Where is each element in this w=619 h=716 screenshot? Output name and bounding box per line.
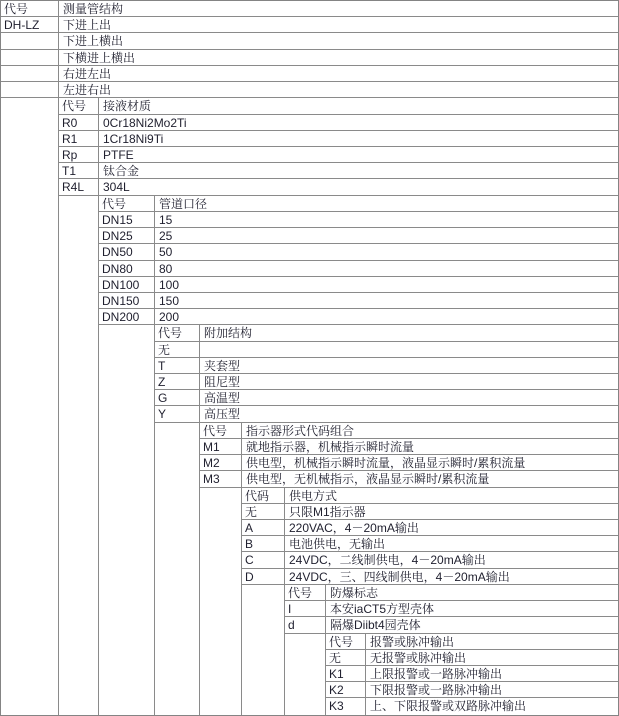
code-cell: K3	[326, 698, 366, 714]
value-cell: 下限报警或一路脉冲输出	[366, 682, 618, 698]
code-cell: R1	[59, 131, 99, 147]
code-cell	[1, 82, 59, 98]
value-cell: 本安iaCT5方型壳体	[326, 601, 618, 617]
section-header-row-alarm-pulse-output: 代号报警或脉冲输出	[326, 634, 618, 650]
code-cell: I	[285, 601, 326, 617]
value-cell: 下进上出	[59, 17, 618, 33]
value-cell: 25	[155, 228, 618, 244]
section-header-row-indicator-form: 代号指示器形式代码组合	[200, 423, 618, 439]
option-row-tube-structure-2: 下横进上横出	[1, 50, 618, 66]
value-cell: 左进右出	[59, 82, 618, 98]
value-cell: 下横进上横出	[59, 50, 618, 66]
code-cell: R4L	[59, 179, 99, 195]
code-cell	[1, 33, 59, 49]
option-row-indicator-form-0: M1就地指示器，机械指示瞬时流量	[200, 439, 618, 455]
nest-row: 代号接液材质R00Cr18Ni2Mo2TiR11Cr18Ni9TiRpPTFET…	[1, 98, 618, 715]
code-header-cell: 代号	[326, 634, 366, 650]
value-cell: 150	[155, 293, 618, 309]
value-cell: 200	[155, 309, 618, 325]
section-header-row-explosion-proof-mark: 代号防爆标志	[285, 585, 618, 601]
section-wetted-material: 代号接液材质R00Cr18Ni2Mo2TiR11Cr18Ni9TiRpPTFET…	[59, 98, 618, 715]
option-row-wetted-material-2: RpPTFE	[59, 147, 618, 163]
code-cell: 无	[242, 504, 285, 520]
model-selection-page: 代号测量管结构DH-LZ下进上出下进上横出下横进上横出右进左出左进右出代号接液材…	[0, 0, 619, 716]
section-title-cell: 测量管结构	[59, 1, 618, 17]
nested-table: 代号防爆标志I本安iaCT5方型壳体d隔爆Diibt4园壳体代号报警或脉冲输出无…	[285, 585, 618, 715]
code-cell	[1, 50, 59, 66]
code-cell: C	[242, 552, 285, 568]
option-row-alarm-pulse-output-0: 无无报警或脉冲输出	[326, 650, 618, 666]
code-cell: 无	[155, 342, 200, 358]
option-row-wetted-material-3: T1钛合金	[59, 163, 618, 179]
nested-table: 代号附加结构无T夹套型Z阻尼型G高温型Y高压型代号指示器形式代码组合M1就地指示…	[155, 325, 618, 715]
empty-code-column	[1, 98, 59, 715]
option-row-tube-structure-3: 右进左出	[1, 66, 618, 82]
value-cell: 24VDC，三、四线制供电，4－20mA输出	[285, 569, 618, 585]
code-cell: Z	[155, 374, 200, 390]
nest-row: 代号指示器形式代码组合M1就地指示器，机械指示瞬时流量M2供电型，机械指示瞬时流…	[155, 423, 618, 715]
value-cell: 电池供电，无输出	[285, 536, 618, 552]
section-title-cell: 指示器形式代码组合	[242, 423, 618, 439]
code-cell: B	[242, 536, 285, 552]
code-cell: DN200	[99, 309, 155, 325]
value-cell: 就地指示器，机械指示瞬时流量	[242, 439, 618, 455]
code-cell	[1, 66, 59, 82]
value-cell: 只限M1指示器	[285, 504, 618, 520]
code-header-cell: 代号	[200, 423, 242, 439]
value-cell	[200, 342, 618, 358]
section-header-row-pipe-diameter: 代号管道口径	[99, 196, 618, 212]
option-row-additional-structure-2: Z阻尼型	[155, 374, 618, 390]
value-cell: 隔爆Diibt4园壳体	[326, 617, 618, 633]
code-cell: 无	[326, 650, 366, 666]
code-cell: DN50	[99, 244, 155, 260]
value-cell: 下进上横出	[59, 33, 618, 49]
code-header-cell: 代号	[99, 196, 155, 212]
option-row-power-supply-1: A220VAC，4－20mA输出	[242, 520, 618, 536]
value-cell: 1Cr18Ni9Ti	[99, 131, 618, 147]
section-title-cell: 防爆标志	[326, 585, 618, 601]
value-cell: 上、下限报警或双路脉冲输出	[366, 698, 618, 714]
option-row-tube-structure-4: 左进右出	[1, 82, 618, 98]
value-cell: 24VDC，二线制供电，4－20mA输出	[285, 552, 618, 568]
value-cell: 右进左出	[59, 66, 618, 82]
value-cell: 304L	[99, 179, 618, 195]
option-row-indicator-form-1: M2供电型，机械指示瞬时流量，液晶显示瞬时/累积流量	[200, 455, 618, 471]
code-cell: DN80	[99, 261, 155, 277]
option-row-alarm-pulse-output-3: K3上、下限报警或双路脉冲输出	[326, 698, 618, 714]
model-selection-table: 代号测量管结构DH-LZ下进上出下进上横出下横进上横出右进左出左进右出代号接液材…	[0, 0, 619, 716]
option-row-wetted-material-1: R11Cr18Ni9Ti	[59, 131, 618, 147]
option-row-tube-structure-1: 下进上横出	[1, 33, 618, 49]
nested-table: 代码供电方式无只限M1指示器A220VAC，4－20mA输出B电池供电，无输出C…	[242, 488, 618, 715]
option-row-additional-structure-3: G高温型	[155, 390, 618, 406]
section-header-row-power-supply: 代码供电方式	[242, 488, 618, 504]
option-row-alarm-pulse-output-2: K2下限报警或一路脉冲输出	[326, 682, 618, 698]
section-alarm-pulse-output: 代号报警或脉冲输出无无报警或脉冲输出K1上限报警或一路脉冲输出K2下限报警或一路…	[326, 634, 618, 715]
option-row-additional-structure-4: Y高压型	[155, 406, 618, 422]
code-cell: Rp	[59, 147, 99, 163]
section-title-cell: 接液材质	[99, 98, 618, 114]
nest-row: 代号报警或脉冲输出无无报警或脉冲输出K1上限报警或一路脉冲输出K2下限报警或一路…	[285, 634, 618, 715]
code-cell: Y	[155, 406, 200, 422]
code-cell: d	[285, 617, 326, 633]
value-cell: 钛合金	[99, 163, 618, 179]
option-row-pipe-diameter-5: DN150150	[99, 293, 618, 309]
option-row-explosion-proof-mark-0: I本安iaCT5方型壳体	[285, 601, 618, 617]
code-cell: DN150	[99, 293, 155, 309]
code-header-cell: 代号	[1, 1, 59, 17]
value-cell: 50	[155, 244, 618, 260]
nested-table: 代号指示器形式代码组合M1就地指示器，机械指示瞬时流量M2供电型，机械指示瞬时流…	[200, 423, 618, 715]
value-cell: 80	[155, 261, 618, 277]
empty-code-column	[59, 196, 99, 715]
section-header-row-tube-structure: 代号测量管结构	[1, 1, 618, 17]
option-row-indicator-form-2: M3供电型，无机械指示，液晶显示瞬时/累积流量	[200, 471, 618, 487]
code-cell: DN15	[99, 212, 155, 228]
code-header-cell: 代码	[242, 488, 285, 504]
code-cell: M1	[200, 439, 242, 455]
section-header-row-additional-structure: 代号附加结构	[155, 325, 618, 341]
code-header-cell: 代号	[59, 98, 99, 114]
option-row-explosion-proof-mark-1: d隔爆Diibt4园壳体	[285, 617, 618, 633]
value-cell: 供电型，无机械指示，液晶显示瞬时/累积流量	[242, 471, 618, 487]
value-cell: 高温型	[200, 390, 618, 406]
code-header-cell: 代号	[285, 585, 326, 601]
value-cell: 220VAC，4－20mA输出	[285, 520, 618, 536]
option-row-pipe-diameter-3: DN8080	[99, 261, 618, 277]
nest-row: 代号管道口径DN1515DN2525DN5050DN8080DN100100DN…	[59, 196, 618, 715]
nest-row: 代码供电方式无只限M1指示器A220VAC，4－20mA输出B电池供电，无输出C…	[200, 488, 618, 715]
value-cell: 阻尼型	[200, 374, 618, 390]
code-cell: G	[155, 390, 200, 406]
empty-code-column	[285, 634, 326, 715]
value-cell: 无报警或脉冲输出	[366, 650, 618, 666]
value-cell: 供电型，机械指示瞬时流量，液晶显示瞬时/累积流量	[242, 455, 618, 471]
option-row-wetted-material-4: R4L304L	[59, 179, 618, 195]
value-cell: 夹套型	[200, 358, 618, 374]
code-cell: DH-LZ	[1, 17, 59, 33]
code-cell: D	[242, 569, 285, 585]
section-title-cell: 报警或脉冲输出	[366, 634, 618, 650]
nest-row: 代号防爆标志I本安iaCT5方型壳体d隔爆Diibt4园壳体代号报警或脉冲输出无…	[242, 585, 618, 715]
empty-code-column	[242, 585, 285, 715]
code-cell: R0	[59, 115, 99, 131]
section-header-row-wetted-material: 代号接液材质	[59, 98, 618, 114]
code-header-cell: 代号	[155, 325, 200, 341]
code-cell: T1	[59, 163, 99, 179]
section-power-supply: 代码供电方式无只限M1指示器A220VAC，4－20mA输出B电池供电，无输出C…	[242, 488, 618, 715]
section-title-cell: 管道口径	[155, 196, 618, 212]
option-row-power-supply-3: C24VDC，二线制供电，4－20mA输出	[242, 552, 618, 568]
section-explosion-proof-mark: 代号防爆标志I本安iaCT5方型壳体d隔爆Diibt4园壳体代号报警或脉冲输出无…	[285, 585, 618, 715]
code-cell: K2	[326, 682, 366, 698]
section-title-cell: 附加结构	[200, 325, 618, 341]
code-cell: M2	[200, 455, 242, 471]
value-cell: 100	[155, 277, 618, 293]
nested-table: 代号管道口径DN1515DN2525DN5050DN8080DN100100DN…	[99, 196, 618, 715]
option-row-pipe-diameter-6: DN200200	[99, 309, 618, 325]
option-row-power-supply-4: D24VDC，三、四线制供电，4－20mA输出	[242, 569, 618, 585]
value-cell: 15	[155, 212, 618, 228]
option-row-pipe-diameter-1: DN2525	[99, 228, 618, 244]
section-tube-structure: 代号测量管结构DH-LZ下进上出下进上横出下横进上横出右进左出左进右出代号接液材…	[1, 1, 618, 715]
code-cell: M3	[200, 471, 242, 487]
section-title-cell: 供电方式	[285, 488, 618, 504]
code-cell: DN100	[99, 277, 155, 293]
code-cell: K1	[326, 666, 366, 682]
value-cell: PTFE	[99, 147, 618, 163]
nested-table: 代号报警或脉冲输出无无报警或脉冲输出K1上限报警或一路脉冲输出K2下限报警或一路…	[326, 634, 618, 715]
value-cell: 0Cr18Ni2Mo2Ti	[99, 115, 618, 131]
option-row-wetted-material-0: R00Cr18Ni2Mo2Ti	[59, 115, 618, 131]
option-row-tube-structure-0: DH-LZ下进上出	[1, 17, 618, 33]
empty-code-column	[99, 325, 155, 715]
empty-code-column	[200, 488, 242, 715]
code-cell: A	[242, 520, 285, 536]
option-row-alarm-pulse-output-1: K1上限报警或一路脉冲输出	[326, 666, 618, 682]
option-row-power-supply-2: B电池供电，无输出	[242, 536, 618, 552]
option-row-pipe-diameter-2: DN5050	[99, 244, 618, 260]
empty-code-column	[155, 423, 200, 715]
section-indicator-form: 代号指示器形式代码组合M1就地指示器，机械指示瞬时流量M2供电型，机械指示瞬时流…	[200, 423, 618, 715]
value-cell: 上限报警或一路脉冲输出	[366, 666, 618, 682]
code-cell: DN25	[99, 228, 155, 244]
option-row-power-supply-0: 无只限M1指示器	[242, 504, 618, 520]
value-cell: 高压型	[200, 406, 618, 422]
option-row-pipe-diameter-4: DN100100	[99, 277, 618, 293]
section-additional-structure: 代号附加结构无T夹套型Z阻尼型G高温型Y高压型代号指示器形式代码组合M1就地指示…	[155, 325, 618, 715]
section-pipe-diameter: 代号管道口径DN1515DN2525DN5050DN8080DN100100DN…	[99, 196, 618, 715]
option-row-pipe-diameter-0: DN1515	[99, 212, 618, 228]
code-cell: T	[155, 358, 200, 374]
option-row-additional-structure-1: T夹套型	[155, 358, 618, 374]
nested-table: 代号接液材质R00Cr18Ni2Mo2TiR11Cr18Ni9TiRpPTFET…	[59, 98, 618, 715]
option-row-additional-structure-0: 无	[155, 342, 618, 358]
nest-row: 代号附加结构无T夹套型Z阻尼型G高温型Y高压型代号指示器形式代码组合M1就地指示…	[99, 325, 618, 715]
